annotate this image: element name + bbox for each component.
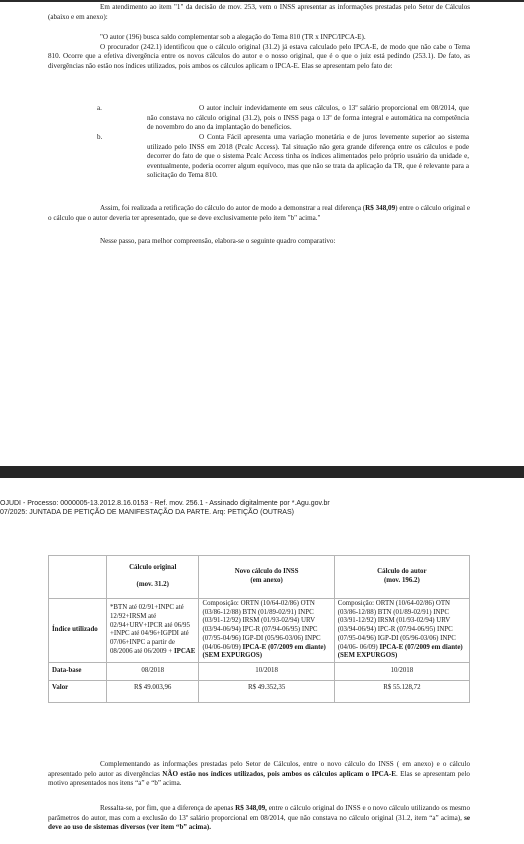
signature-stamp-line-1: OJUDI - Processo: 0000005-13.2012.8.16.0…: [0, 499, 330, 508]
cell-text-bold: IPCAE: [174, 648, 195, 655]
paragraph-nesse: Nesse passo, para melhor compreensão, el…: [48, 237, 470, 247]
paragraph-intro-text: Em atendimento ao item "1" da decisão de…: [48, 3, 470, 21]
paragraph-complementando: Complementando as informações prestadas …: [48, 760, 470, 789]
paragraph-ressalta: Ressalta-se, por fim, que a diferença de…: [48, 804, 470, 833]
cell-index-author: Composição: ORTN (10/64-02/86) OTN (03/8…: [334, 599, 469, 663]
list-item-a-text: O autor incluir indevidamente em seus cá…: [147, 104, 469, 131]
list-item-b-text: O Conta Fácil apresenta uma variação mon…: [147, 133, 469, 179]
list-item-a: O autor incluir indevidamente em seus cá…: [147, 104, 469, 133]
cell-index-new-inss: Composição: ORTN (10/64-02/86) OTN (03/8…: [199, 599, 334, 663]
header-subtitle: (mov. 196.2): [338, 577, 466, 586]
paragraph-nesse-text: Nesse passo, para melhor compreensão, el…: [100, 237, 335, 245]
page-separator: [0, 466, 524, 478]
cell-valor-author: R$ 55.128,72: [334, 680, 469, 702]
quote-line-1-text: "O autor (196) busca saldo complementar …: [100, 33, 366, 41]
table-row: Data-base 08/2018 10/2018 10/2018: [49, 662, 470, 680]
table-header-row: Cálculo original (mov. 31.2) Novo cálcul…: [49, 556, 470, 599]
paragraph-intro: Em atendimento ao item "1" da decisão de…: [48, 3, 470, 22]
cell-valor-new-inss: R$ 49.352,35: [199, 680, 334, 702]
cell-index-original: *BTN até 02/91+INPC até 12/92+IRSM até 0…: [106, 599, 199, 663]
list-letter-a: a.: [97, 104, 102, 114]
comparison-table: Cálculo original (mov. 31.2) Novo cálcul…: [48, 555, 470, 703]
paragraph-ressalta-text: Ressalta-se, por fim, que a diferença de…: [100, 804, 235, 812]
header-title: Novo cálculo do INSS: [202, 568, 330, 577]
row-label-valor: Valor: [49, 680, 107, 702]
paragraph-ressalta-amount: R$ 348,09,: [235, 804, 267, 812]
cell-database-author: 10/2018: [334, 662, 469, 680]
table-row: Valor R$ 49.003,96 R$ 49.352,35 R$ 55.12…: [49, 680, 470, 702]
quote-paragraph: O procurador (242.1) identificou que o c…: [48, 43, 470, 72]
cell-database-original: 08/2018: [106, 662, 199, 680]
paragraph-assim: Assim, foi realizada a retificação do cá…: [48, 204, 470, 223]
header-title: Cálculo original: [110, 564, 196, 573]
list-item-b: O Conta Fácil apresenta uma variação mon…: [147, 133, 469, 181]
table-header-author: Cálculo do autor (mov. 196.2): [334, 556, 469, 599]
header-title: Cálculo do autor: [338, 568, 466, 577]
quote-line-1: "O autor (196) busca saldo complementar …: [48, 33, 470, 43]
header-subtitle: (em anexo): [202, 577, 330, 586]
quote-paragraph-text: O procurador (242.1) identificou que o c…: [48, 43, 470, 70]
difference-amount: R$ 348,09: [365, 204, 395, 212]
cell-database-new-inss: 10/2018: [199, 662, 334, 680]
table-header-empty: [49, 556, 107, 599]
paragraph-assim-text: Assim, foi realizada a retificação do cá…: [100, 204, 365, 212]
list-letter-b: b.: [97, 133, 102, 143]
row-label-index: Índice utilizado: [49, 599, 107, 663]
paragraph-complementando-bold: NÃO estão nos índices utilizados, pois a…: [162, 770, 396, 778]
table-header-new-inss: Novo cálculo do INSS (em anexo): [199, 556, 334, 599]
table-header-original: Cálculo original (mov. 31.2): [106, 556, 199, 599]
viewer-top-edge: [0, 0, 524, 2]
header-subtitle: (mov. 31.2): [110, 581, 196, 590]
row-label-database: Data-base: [49, 662, 107, 680]
table-row: Índice utilizado *BTN até 02/91+INPC até…: [49, 599, 470, 663]
signature-stamp-line-2: 07/2025: JUNTADA DE PETIÇÃO DE MANIFESTA…: [0, 508, 294, 517]
cell-valor-original: R$ 49.003,96: [106, 680, 199, 702]
